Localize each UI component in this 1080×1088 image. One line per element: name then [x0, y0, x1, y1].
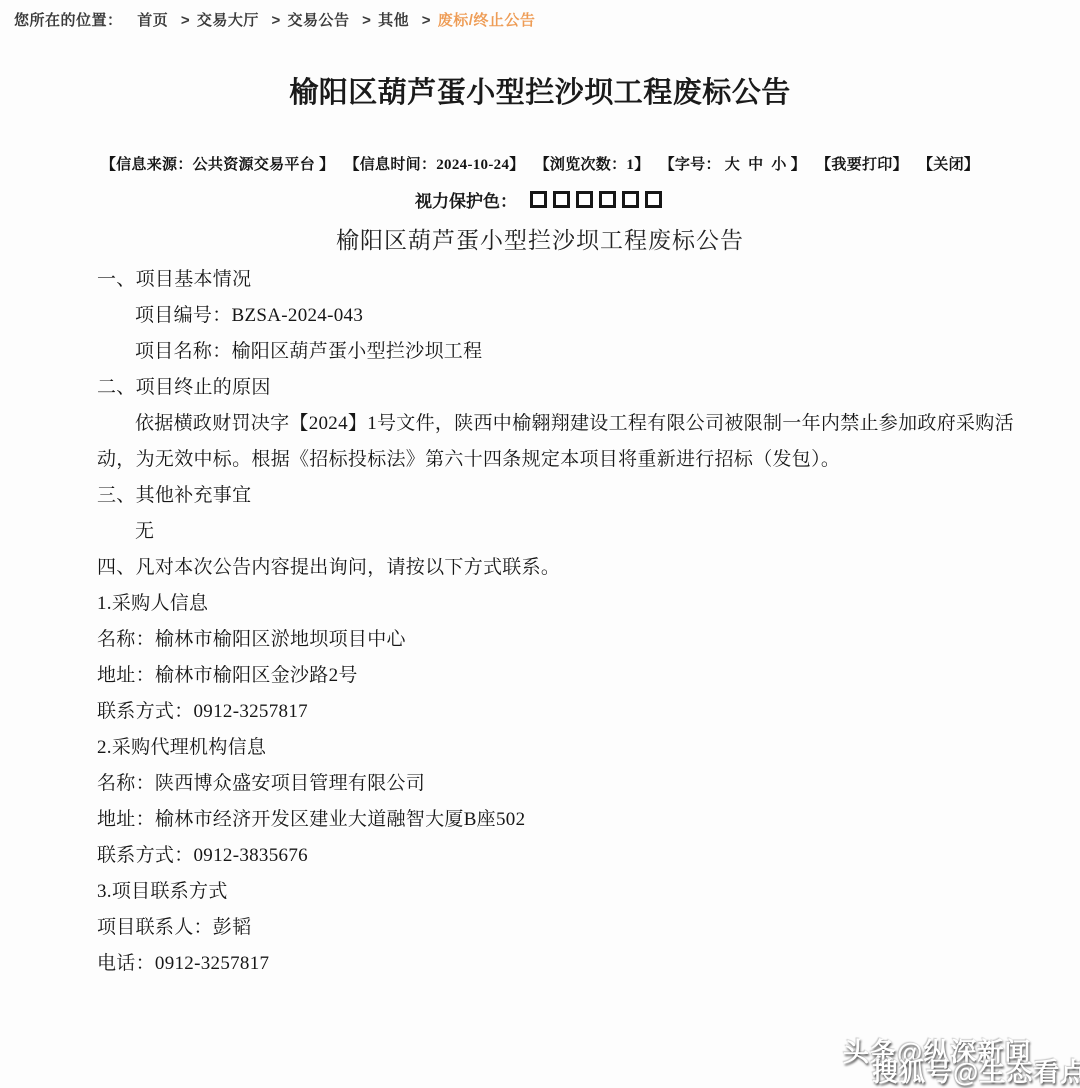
- purchaser-heading: 1.采购人信息: [97, 586, 1030, 622]
- breadcrumb-separator: >: [181, 12, 190, 29]
- font-size-large-button[interactable]: 大: [725, 157, 740, 173]
- breadcrumb-item-home[interactable]: 首页: [137, 12, 168, 29]
- section-2-heading: 二、项目终止的原因: [97, 370, 1030, 406]
- contact-phone: 电话：0912-3257817: [97, 946, 1030, 982]
- close-button[interactable]: 【关闭】: [918, 157, 979, 173]
- font-size-label-close: 】: [791, 157, 806, 173]
- purchaser-address: 地址：榆林市榆阳区金沙路2号: [97, 658, 1030, 694]
- font-size-small-button[interactable]: 小: [771, 157, 786, 173]
- breadcrumb-separator: >: [422, 12, 431, 29]
- agency-heading: 2.采购代理机构信息: [97, 730, 1030, 766]
- eye-protect-swatch-3[interactable]: [576, 191, 593, 208]
- document-body: 一、项目基本情况 项目编号：BZSA-2024-043 项目名称：榆阳区葫芦蛋小…: [0, 262, 1080, 982]
- breadcrumb-item-trade-notices[interactable]: 交易公告: [287, 12, 349, 29]
- breadcrumb-separator: >: [272, 12, 281, 29]
- page-title: 榆阳区葫芦蛋小型拦沙坝工程废标公告: [0, 70, 1080, 111]
- breadcrumb-item-other[interactable]: 其他: [378, 12, 409, 29]
- breadcrumb-item-trading-hall[interactable]: 交易大厅: [197, 12, 259, 29]
- font-size-medium-button[interactable]: 中: [748, 157, 763, 173]
- eye-protect-swatch-1[interactable]: [530, 191, 547, 208]
- font-size-control: 【字号：大中小】: [660, 157, 806, 173]
- info-source: 【信息来源：公共资源交易平台 】: [101, 157, 335, 173]
- contact-heading: 3.项目联系方式: [97, 874, 1030, 910]
- print-button[interactable]: 【我要打印】: [816, 157, 908, 173]
- eye-protect-swatch-6[interactable]: [645, 191, 662, 208]
- contact-person: 项目联系人：彭韬: [97, 910, 1030, 946]
- font-size-label: 【字号：: [660, 157, 721, 173]
- agency-address: 地址：榆林市经济开发区建业大道融智大厦B座502: [97, 802, 1030, 838]
- section-3-heading: 三、其他补充事宜: [97, 478, 1030, 514]
- project-name: 项目名称：榆阳区葫芦蛋小型拦沙坝工程: [97, 334, 1030, 370]
- info-time: 【信息时间：2024-10-24】: [344, 157, 524, 173]
- eye-protect-swatch-5[interactable]: [622, 191, 639, 208]
- eye-protect-swatch-2[interactable]: [553, 191, 570, 208]
- breadcrumb: 您所在的位置： 首页 > 交易大厅 > 交易公告 > 其他 > 废标/终止公告: [0, 0, 1080, 30]
- section-1-heading: 一、项目基本情况: [97, 262, 1030, 298]
- document-title: 榆阳区葫芦蛋小型拦沙坝工程废标公告: [0, 222, 1080, 255]
- breadcrumb-label: 您所在的位置：: [14, 12, 123, 29]
- termination-reason: 依据横政财罚决字【2024】1号文件，陕西中榆翱翔建设工程有限公司被限制一年内禁…: [97, 406, 1030, 478]
- project-number: 项目编号：BZSA-2024-043: [97, 298, 1030, 334]
- breadcrumb-separator: >: [362, 12, 371, 29]
- agency-name: 名称：陕西博众盛安项目管理有限公司: [97, 766, 1030, 802]
- watermark-toutiao: 头条@纵深新闻: [843, 1032, 1031, 1069]
- watermark-sohu: 搜狐号@生态看点: [872, 1052, 1080, 1088]
- section-4-heading: 四、凡对本次公告内容提出询问，请按以下方式联系。: [97, 550, 1030, 586]
- section-3-content: 无: [97, 514, 1030, 550]
- view-count: 【浏览次数：1】: [535, 157, 650, 173]
- purchaser-name: 名称：榆林市榆阳区淤地坝项目中心: [97, 622, 1030, 658]
- agency-phone: 联系方式：0912-3835676: [97, 838, 1030, 874]
- meta-bar: 【信息来源：公共资源交易平台 】 【信息时间：2024-10-24】 【浏览次数…: [0, 153, 1080, 174]
- breadcrumb-item-cancelled-notices[interactable]: 废标/终止公告: [438, 12, 536, 29]
- eye-protect-swatch-4[interactable]: [599, 191, 616, 208]
- eye-protect-label: 视力保护色：: [415, 187, 517, 212]
- eye-protect-bar: 视力保护色：: [0, 187, 1080, 212]
- purchaser-phone: 联系方式：0912-3257817: [97, 694, 1030, 730]
